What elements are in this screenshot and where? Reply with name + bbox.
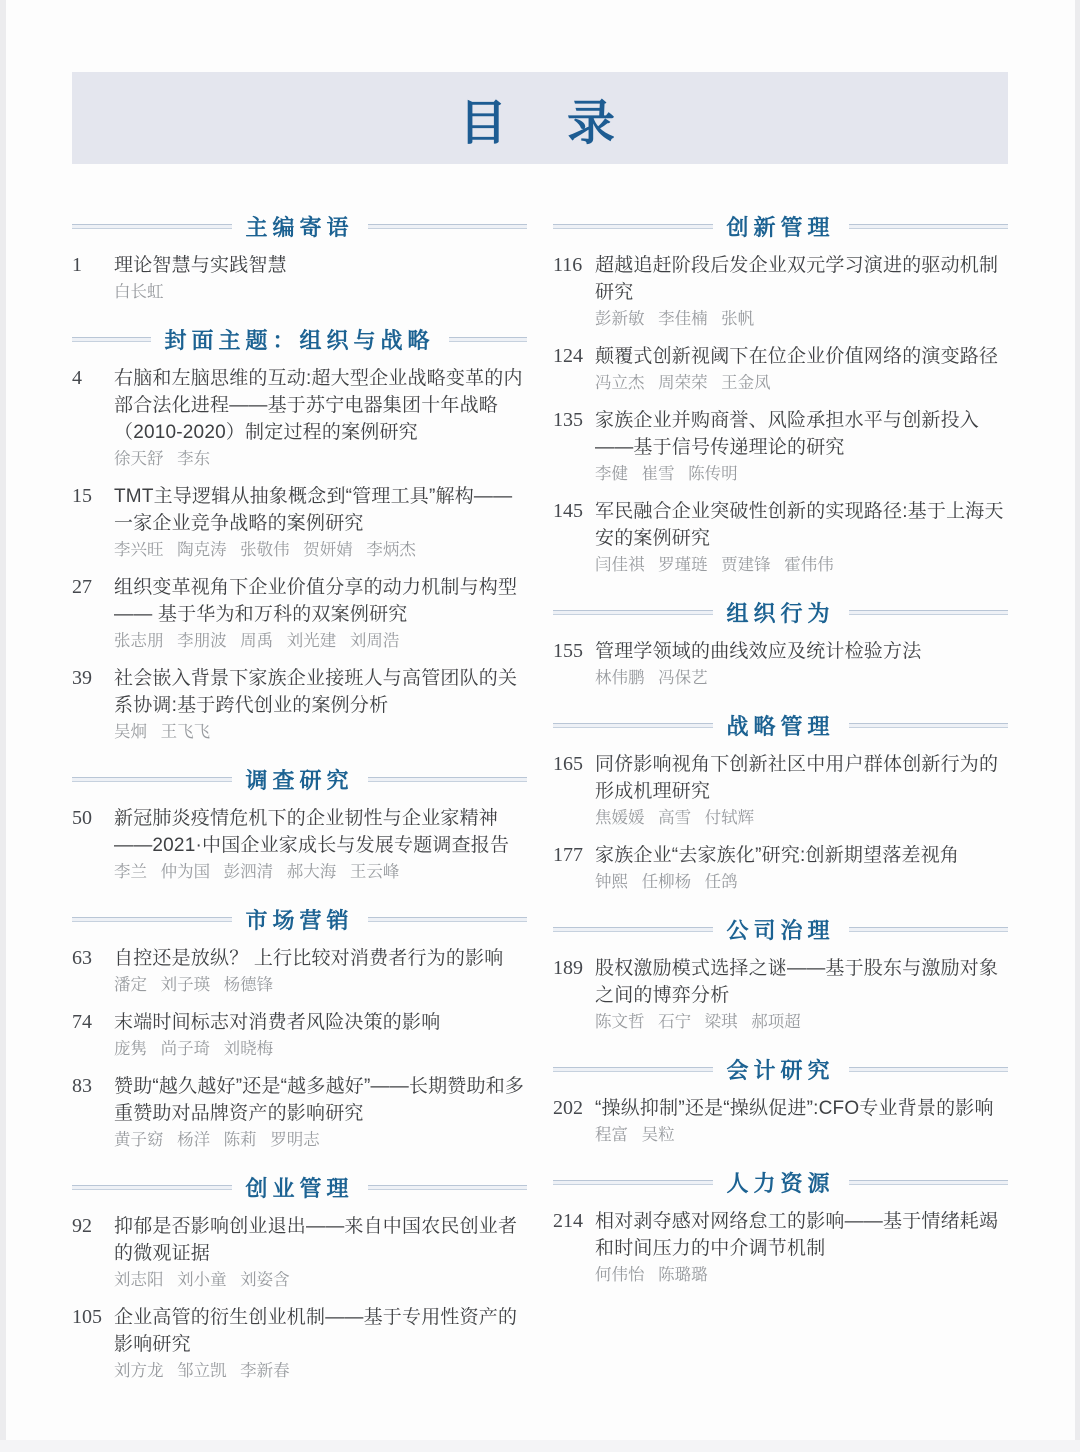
entry-body: 右脑和左脑思维的互动:超大型企业战略变革的内部合法化进程——基于苏宁电器集团十年…	[114, 365, 527, 473]
section-title: 人力资源	[713, 1167, 849, 1198]
entry-authors: 冯立杰 周荣荣 王金凤	[595, 370, 1008, 397]
entry-page-number: 202	[553, 1095, 595, 1122]
toc-entry: 135家族企业并购商誉、风险承担水平与创新投入——基于信号传递理论的研究李健 崔…	[553, 407, 1008, 488]
entry-page-number: 50	[72, 805, 114, 832]
entry-body: 超越追赶阶段后发企业双元学习演进的驱动机制研究彭新敏 李佳楠 张帆	[595, 252, 1008, 333]
entry-page-number: 4	[72, 365, 114, 392]
toc-entry: 1理论智慧与实践智慧白长虹	[72, 252, 527, 306]
entry-page-number: 124	[553, 343, 595, 370]
section-title: 创业管理	[232, 1172, 368, 1203]
toc-entry: 39社会嵌入背景下家族企业接班人与高管团队的关系协调:基于跨代创业的案例分析吴炯…	[72, 665, 527, 746]
entry-page-number: 116	[553, 252, 595, 279]
entry-authors: 何伟怡 陈璐璐	[595, 1262, 1008, 1289]
entry-title: 相对剥夺感对网络怠工的影响——基于情绪耗竭和时间压力的中介调节机制	[595, 1208, 1008, 1262]
section-header: 封面主题：组织与战略	[72, 326, 527, 353]
entry-authors: 张志朋 李朋波 周禹 刘光建 刘周浩	[114, 628, 527, 655]
toc-entry: 165同侪影响视角下创新社区中用户群体创新行为的形成机理研究焦媛媛 高雪 付轼辉	[553, 751, 1008, 832]
entry-page-number: 74	[72, 1009, 114, 1036]
entry-title: 赞助“越久越好”还是“越多越好”——长期赞助和多重赞助对品牌资产的影响研究	[114, 1073, 527, 1127]
section-title: 公司治理	[713, 914, 849, 945]
section-header: 组织行为	[553, 599, 1008, 626]
section-rule-right	[368, 777, 528, 782]
section-header: 会计研究	[553, 1056, 1008, 1083]
entry-body: 抑郁是否影响创业退出——来自中国农民创业者的微观证据刘志阳 刘小童 刘姿含	[114, 1213, 527, 1294]
entry-authors: 徐天舒 李东	[114, 446, 527, 473]
entry-page-number: 105	[72, 1304, 114, 1331]
entry-title: 管理学领域的曲线效应及统计检验方法	[595, 638, 1008, 665]
section-header: 主编寄语	[72, 213, 527, 240]
toc-entry: 214相对剥夺感对网络怠工的影响——基于情绪耗竭和时间压力的中介调节机制何伟怡 …	[553, 1208, 1008, 1289]
entry-body: 组织变革视角下企业价值分享的动力机制与构型 —— 基于华为和万科的双案例研究张志…	[114, 574, 527, 655]
section-header: 公司治理	[553, 916, 1008, 943]
entry-page-number: 27	[72, 574, 114, 601]
entry-page-number: 92	[72, 1213, 114, 1240]
toc-column-right: 创新管理116超越追赶阶段后发企业双元学习演进的驱动机制研究彭新敏 李佳楠 张帆…	[553, 213, 1008, 1395]
entry-title: 家族企业并购商誉、风险承担水平与创新投入——基于信号传递理论的研究	[595, 407, 1008, 461]
entry-page-number: 177	[553, 842, 595, 869]
entry-body: 理论智慧与实践智慧白长虹	[114, 252, 527, 306]
section-header: 创新管理	[553, 213, 1008, 240]
section-title: 创新管理	[713, 211, 849, 242]
toc-entry: 83赞助“越久越好”还是“越多越好”——长期赞助和多重赞助对品牌资产的影响研究黄…	[72, 1073, 527, 1154]
section-rule-left	[553, 723, 713, 728]
entry-body: 末端时间标志对消费者风险决策的影响庞隽 尚子琦 刘晓梅	[114, 1009, 527, 1063]
section-rule-right	[849, 1067, 1009, 1072]
entry-body: 军民融合企业突破性创新的实现路径:基于上海天安的案例研究闫佳祺 罗瑾琏 贾建锋 …	[595, 498, 1008, 579]
entry-authors: 李健 崔雪 陈传明	[595, 461, 1008, 488]
section-rule-left	[553, 927, 713, 932]
toc-column-left: 主编寄语1理论智慧与实践智慧白长虹封面主题：组织与战略4右脑和左脑思维的互动:超…	[72, 213, 527, 1395]
entry-body: 颠覆式创新视阈下在位企业价值网络的演变路径冯立杰 周荣荣 王金凤	[595, 343, 1008, 397]
toc-entry: 124颠覆式创新视阈下在位企业价值网络的演变路径冯立杰 周荣荣 王金凤	[553, 343, 1008, 397]
entry-page-number: 1	[72, 252, 114, 279]
section-rule-left	[72, 224, 232, 229]
toc-entry: 74末端时间标志对消费者风险决策的影响庞隽 尚子琦 刘晓梅	[72, 1009, 527, 1063]
entry-body: 家族企业并购商誉、风险承担水平与创新投入——基于信号传递理论的研究李健 崔雪 陈…	[595, 407, 1008, 488]
section-rule-left	[553, 1180, 713, 1185]
entry-page-number: 145	[553, 498, 595, 525]
section-rule-right	[849, 1180, 1009, 1185]
entry-title: 颠覆式创新视阈下在位企业价值网络的演变路径	[595, 343, 1008, 370]
entry-title: 社会嵌入背景下家族企业接班人与高管团队的关系协调:基于跨代创业的案例分析	[114, 665, 527, 719]
entry-authors: 焦媛媛 高雪 付轼辉	[595, 805, 1008, 832]
section-title: 封面主题：组织与战略	[151, 324, 449, 355]
entry-title: 新冠肺炎疫情危机下的企业韧性与企业家精神——2021·中国企业家成长与发展专题调…	[114, 805, 527, 859]
entry-authors: 吴炯 王飞飞	[114, 719, 527, 746]
entry-title: “操纵抑制”还是“操纵促进”:CFO专业背景的影响	[595, 1095, 1008, 1122]
entry-page-number: 214	[553, 1208, 595, 1235]
entry-authors: 刘方龙 邹立凯 李新春	[114, 1358, 527, 1385]
section-rule-left	[72, 917, 232, 922]
toc-entry: 202“操纵抑制”还是“操纵促进”:CFO专业背景的影响程富 吴粒	[553, 1095, 1008, 1149]
entry-body: 同侪影响视角下创新社区中用户群体创新行为的形成机理研究焦媛媛 高雪 付轼辉	[595, 751, 1008, 832]
entry-body: 相对剥夺感对网络怠工的影响——基于情绪耗竭和时间压力的中介调节机制何伟怡 陈璐璐	[595, 1208, 1008, 1289]
toc-entry: 189股权激励模式选择之谜——基于股东与激励对象之间的博弈分析陈文哲 石宁 梁琪…	[553, 955, 1008, 1036]
entry-authors: 林伟鹏 冯保艺	[595, 665, 1008, 692]
entry-body: 赞助“越久越好”还是“越多越好”——长期赞助和多重赞助对品牌资产的影响研究黄子窈…	[114, 1073, 527, 1154]
entry-authors: 钟熙 任柳杨 任鸽	[595, 869, 1008, 896]
toc-header-box: 目 录	[72, 72, 1008, 164]
entry-body: TMT主导逻辑从抽象概念到“管理工具”解构—— 一家企业竞争战略的案例研究李兴旺…	[114, 483, 527, 564]
entry-page-number: 155	[553, 638, 595, 665]
toc-entry: 116超越追赶阶段后发企业双元学习演进的驱动机制研究彭新敏 李佳楠 张帆	[553, 252, 1008, 333]
entry-authors: 刘志阳 刘小童 刘姿含	[114, 1267, 527, 1294]
toc-entry: 92抑郁是否影响创业退出——来自中国农民创业者的微观证据刘志阳 刘小童 刘姿含	[72, 1213, 527, 1294]
entry-title: 组织变革视角下企业价值分享的动力机制与构型 —— 基于华为和万科的双案例研究	[114, 574, 527, 628]
section-rule-right	[849, 927, 1009, 932]
toc-entry: 4右脑和左脑思维的互动:超大型企业战略变革的内部合法化进程——基于苏宁电器集团十…	[72, 365, 527, 473]
toc-entry: 155管理学领域的曲线效应及统计检验方法林伟鹏 冯保艺	[553, 638, 1008, 692]
page-edge-right	[1075, 0, 1080, 1452]
section-title: 组织行为	[713, 597, 849, 628]
section-title: 市场营销	[232, 904, 368, 935]
entry-authors: 黄子窈 杨洋 陈莉 罗明志	[114, 1127, 527, 1154]
entry-body: “操纵抑制”还是“操纵促进”:CFO专业背景的影响程富 吴粒	[595, 1095, 1008, 1149]
page-edge-left	[0, 0, 6, 1452]
section-rule-right	[368, 917, 528, 922]
entry-authors: 白长虹	[114, 279, 527, 306]
entry-title: 家族企业“去家族化”研究:创新期望落差视角	[595, 842, 1008, 869]
entry-page-number: 63	[72, 945, 114, 972]
toc-entry: 15TMT主导逻辑从抽象概念到“管理工具”解构—— 一家企业竞争战略的案例研究李…	[72, 483, 527, 564]
entry-body: 自控还是放纵？ 上行比较对消费者行为的影响潘定 刘子瑛 杨德锋	[114, 945, 527, 999]
section-title: 会计研究	[713, 1054, 849, 1085]
entry-body: 企业高管的衍生创业机制——基于专用性资产的影响研究刘方龙 邹立凯 李新春	[114, 1304, 527, 1385]
section-rule-left	[72, 777, 232, 782]
entry-page-number: 83	[72, 1073, 114, 1100]
section-rule-left	[553, 224, 713, 229]
entry-title: 右脑和左脑思维的互动:超大型企业战略变革的内部合法化进程——基于苏宁电器集团十年…	[114, 365, 527, 446]
section-rule-left	[72, 337, 151, 342]
entry-authors: 庞隽 尚子琦 刘晓梅	[114, 1036, 527, 1063]
section-header: 调查研究	[72, 766, 527, 793]
section-rule-right	[849, 224, 1009, 229]
entry-body: 管理学领域的曲线效应及统计检验方法林伟鹏 冯保艺	[595, 638, 1008, 692]
entry-authors: 程富 吴粒	[595, 1122, 1008, 1149]
entry-body: 家族企业“去家族化”研究:创新期望落差视角钟熙 任柳杨 任鸽	[595, 842, 1008, 896]
entry-title: 同侪影响视角下创新社区中用户群体创新行为的形成机理研究	[595, 751, 1008, 805]
page-title: 目 录	[459, 84, 621, 153]
section-title: 调查研究	[232, 764, 368, 795]
entry-title: 末端时间标志对消费者风险决策的影响	[114, 1009, 527, 1036]
entry-title: 企业高管的衍生创业机制——基于专用性资产的影响研究	[114, 1304, 527, 1358]
entry-authors: 陈文哲 石宁 梁琪 郝项超	[595, 1009, 1008, 1036]
toc-entry: 145军民融合企业突破性创新的实现路径:基于上海天安的案例研究闫佳祺 罗瑾琏 贾…	[553, 498, 1008, 579]
toc-entry: 50新冠肺炎疫情危机下的企业韧性与企业家精神——2021·中国企业家成长与发展专…	[72, 805, 527, 886]
section-header: 人力资源	[553, 1169, 1008, 1196]
section-rule-right	[449, 337, 528, 342]
section-header: 创业管理	[72, 1174, 527, 1201]
entry-body: 股权激励模式选择之谜——基于股东与激励对象之间的博弈分析陈文哲 石宁 梁琪 郝项…	[595, 955, 1008, 1036]
toc-entry: 27组织变革视角下企业价值分享的动力机制与构型 —— 基于华为和万科的双案例研究…	[72, 574, 527, 655]
page-edge-bottom	[0, 1440, 1080, 1452]
entry-title: 军民融合企业突破性创新的实现路径:基于上海天安的案例研究	[595, 498, 1008, 552]
entry-page-number: 165	[553, 751, 595, 778]
entry-title: 抑郁是否影响创业退出——来自中国农民创业者的微观证据	[114, 1213, 527, 1267]
entry-title: 理论智慧与实践智慧	[114, 252, 527, 279]
toc-entry: 177家族企业“去家族化”研究:创新期望落差视角钟熙 任柳杨 任鸽	[553, 842, 1008, 896]
entry-title: 股权激励模式选择之谜——基于股东与激励对象之间的博弈分析	[595, 955, 1008, 1009]
section-rule-left	[72, 1185, 232, 1190]
entry-title: TMT主导逻辑从抽象概念到“管理工具”解构—— 一家企业竞争战略的案例研究	[114, 483, 527, 537]
toc-entry: 105企业高管的衍生创业机制——基于专用性资产的影响研究刘方龙 邹立凯 李新春	[72, 1304, 527, 1385]
entry-page-number: 189	[553, 955, 595, 982]
entry-body: 社会嵌入背景下家族企业接班人与高管团队的关系协调:基于跨代创业的案例分析吴炯 王…	[114, 665, 527, 746]
section-title: 战略管理	[713, 710, 849, 741]
section-rule-right	[368, 224, 528, 229]
section-header: 战略管理	[553, 712, 1008, 739]
entry-authors: 李兰 仲为国 彭泗清 郝大海 王云峰	[114, 859, 527, 886]
section-title: 主编寄语	[232, 211, 368, 242]
entry-authors: 潘定 刘子瑛 杨德锋	[114, 972, 527, 999]
entry-authors: 李兴旺 陶克涛 张敬伟 贺妍婧 李炳杰	[114, 537, 527, 564]
section-rule-left	[553, 610, 713, 615]
section-rule-right	[368, 1185, 528, 1190]
entry-title: 自控还是放纵？ 上行比较对消费者行为的影响	[114, 945, 527, 972]
toc-page: 目 录 主编寄语1理论智慧与实践智慧白长虹封面主题：组织与战略4右脑和左脑思维的…	[0, 0, 1080, 1452]
entry-page-number: 135	[553, 407, 595, 434]
section-rule-left	[553, 1067, 713, 1072]
section-rule-right	[849, 610, 1009, 615]
entry-page-number: 39	[72, 665, 114, 692]
toc-columns: 主编寄语1理论智慧与实践智慧白长虹封面主题：组织与战略4右脑和左脑思维的互动:超…	[0, 213, 1080, 1395]
entry-page-number: 15	[72, 483, 114, 510]
entry-authors: 彭新敏 李佳楠 张帆	[595, 306, 1008, 333]
entry-body: 新冠肺炎疫情危机下的企业韧性与企业家精神——2021·中国企业家成长与发展专题调…	[114, 805, 527, 886]
section-rule-right	[849, 723, 1009, 728]
entry-authors: 闫佳祺 罗瑾琏 贾建锋 霍伟伟	[595, 552, 1008, 579]
entry-title: 超越追赶阶段后发企业双元学习演进的驱动机制研究	[595, 252, 1008, 306]
section-header: 市场营销	[72, 906, 527, 933]
toc-entry: 63自控还是放纵？ 上行比较对消费者行为的影响潘定 刘子瑛 杨德锋	[72, 945, 527, 999]
